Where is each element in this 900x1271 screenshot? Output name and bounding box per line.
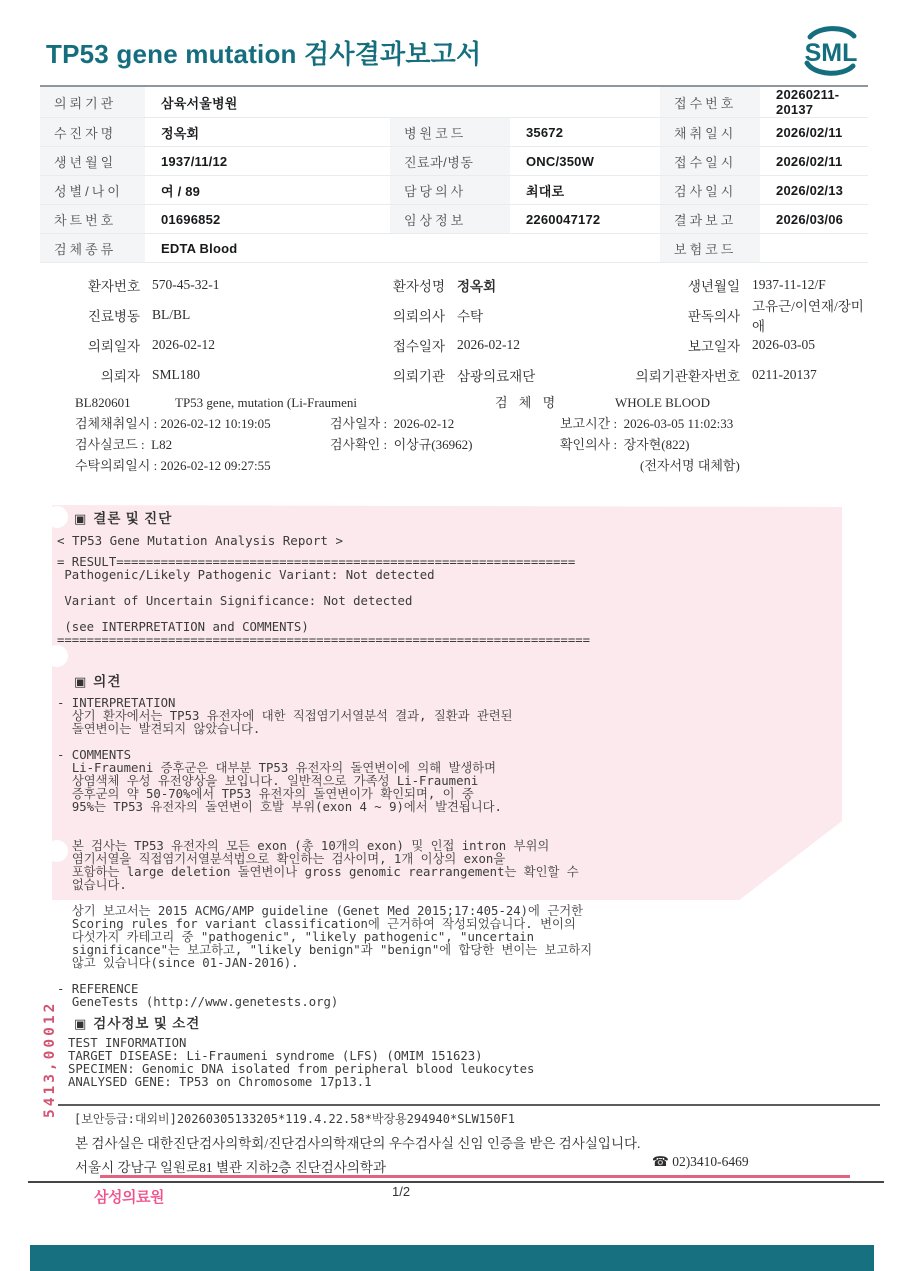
field-value: 최대로	[510, 176, 660, 205]
table-row: 수진자명 정옥회 병원코드 35672 채취일시 2026/02/11	[40, 118, 868, 147]
meta-cell: 검사일자 : 2026-02-12	[330, 413, 560, 434]
security-classification-line: [보안등급:대외비]20260305133205*119.4.22.58*박장용…	[74, 1110, 515, 1127]
result-body: = RESULT================================…	[57, 556, 677, 647]
side-serial-number: 5413,00012	[42, 1001, 58, 1118]
field-value: 수탁	[445, 305, 600, 325]
field-value: 삼광의료재단	[445, 365, 600, 385]
field-label: 접수일자	[345, 335, 445, 355]
report-page: TP53 gene mutation 검사결과보고서 SML 의뢰기관 삼육서울…	[0, 0, 900, 1271]
field-value: 정옥회	[445, 275, 600, 295]
field-label: 보고일자	[600, 335, 740, 355]
field-label: 의뢰일자	[40, 335, 140, 355]
field-label: 검체종류	[40, 234, 145, 263]
field-value: 고유근/이연재/장미애	[740, 295, 868, 335]
field-label: 검사일시	[660, 176, 760, 205]
meta-cell: 보고시간 : 2026-03-05 11:02:33	[560, 413, 733, 434]
opinion-section-heading: ▣의견	[74, 670, 121, 690]
punch-hole	[46, 506, 68, 528]
field-value: 2026/02/11	[760, 118, 868, 147]
punch-hole	[46, 645, 68, 667]
field-value: 1937/11/12	[145, 147, 390, 176]
field-label: 의뢰자	[40, 365, 140, 385]
meta-cell: 검사확인 : 이상규(36962)	[330, 434, 560, 455]
field-value: 2026-02-12	[445, 337, 600, 353]
test-code: BL820601	[75, 392, 175, 413]
test-info-heading-text: 검사정보 및 소견	[93, 1016, 200, 1031]
field-value: ONC/350W	[510, 147, 660, 176]
field-label: 수진자명	[40, 118, 145, 147]
test-meta-row: 검체채취일시 : 2026-02-12 10:19:05 검사일자 : 2026…	[75, 413, 865, 434]
field-value: 20260211-20137	[760, 86, 868, 118]
divider-line	[58, 1104, 880, 1106]
sml-logo: SML	[796, 22, 866, 85]
field-label: 보험코드	[660, 234, 760, 263]
patient-info-block: 환자번호 570-45-32-1 환자성명 정옥회 생년월일 1937-11-1…	[40, 270, 868, 390]
field-label: 의뢰기관	[345, 365, 445, 385]
specimen-value: WHOLE BLOOD	[615, 392, 710, 413]
field-label: 생년월일	[600, 275, 740, 295]
field-label: 차트번호	[40, 205, 145, 234]
test-info-body: TEST INFORMATION TARGET DISEASE: Li-Frau…	[68, 1037, 708, 1089]
sml-logo-text: SML	[805, 39, 858, 67]
test-meta-block: BL820601 TP53 gene, mutation (Li-Fraumen…	[75, 392, 865, 476]
field-value: 삼육서울병원	[145, 86, 660, 118]
test-meta-row: BL820601 TP53 gene, mutation (Li-Fraumen…	[75, 392, 865, 413]
meta-cell	[330, 455, 560, 476]
field-label: 임상정보	[390, 205, 510, 234]
hospital-brand: 삼성의료원	[94, 1186, 164, 1207]
result-section-heading: ▣결론 및 진단	[74, 507, 172, 527]
field-value: 2026-02-12	[140, 337, 345, 353]
field-value: 여 / 89	[145, 176, 390, 205]
section-square-icon: ▣	[74, 675, 87, 690]
opinion-heading-text: 의견	[93, 674, 121, 689]
meta-cell: 검사실코드 : L82	[75, 434, 330, 455]
meta-cell: 검체채취일시 : 2026-02-12 10:19:05	[75, 413, 330, 434]
field-value: EDTA Blood	[145, 234, 660, 263]
field-label: 판독의사	[600, 305, 740, 325]
meta-cell: 확인의사 : 장자현(822)	[560, 434, 689, 455]
table-row: 성별/나이 여 / 89 담당의사 최대로 검사일시 2026/02/13	[40, 176, 868, 205]
bottom-teal-bar	[30, 1245, 874, 1271]
field-label: 접수일시	[660, 147, 760, 176]
field-value: 570-45-32-1	[140, 277, 345, 293]
specimen-label: 검 체 명	[495, 392, 615, 413]
opinion-body: - INTERPRETATION 상기 환자에서는 TP53 유전자에 대한 직…	[57, 697, 697, 1009]
lab-phone: ☎ 02)3410-6469	[652, 1154, 749, 1170]
field-label: 진료병동	[40, 305, 140, 325]
electronic-signature-note: (전자서명 대체함)	[560, 455, 740, 476]
table-row: 생년월일 1937/11/12 진료과/병동 ONC/350W 접수일시 202…	[40, 147, 868, 176]
field-value: 2026/03/06	[760, 205, 868, 234]
test-name: TP53 gene, mutation (Li-Fraumeni	[175, 392, 495, 413]
footer-gray-rule	[28, 1181, 884, 1183]
table-row: 검체종류 EDTA Blood 보험코드	[40, 234, 868, 263]
field-value: 2026/02/11	[760, 147, 868, 176]
field-label: 성별/나이	[40, 176, 145, 205]
field-value: 정옥회	[145, 118, 390, 147]
field-label: 접수번호	[660, 86, 760, 118]
field-label: 의뢰기관환자번호	[600, 365, 740, 385]
field-value: BL/BL	[140, 307, 345, 323]
field-value: 1937-11-12/F	[740, 277, 868, 293]
field-label: 병원코드	[390, 118, 510, 147]
table-row: 차트번호 01696852 임상정보 2260047172 결과보고 2026/…	[40, 205, 868, 234]
field-label: 결과보고	[660, 205, 760, 234]
field-label: 진료과/병동	[390, 147, 510, 176]
page-number: 1/2	[392, 1184, 410, 1199]
analysis-report-title: < TP53 Gene Mutation Analysis Report >	[57, 533, 343, 548]
meta-cell: 수탁의뢰일시 : 2026-02-12 09:27:55	[75, 455, 330, 476]
field-label: 채취일시	[660, 118, 760, 147]
page-title: TP53 gene mutation 검사결과보고서	[46, 34, 481, 71]
sml-logo-icon: SML	[796, 22, 866, 80]
field-value: 2260047172	[510, 205, 660, 234]
test-meta-row: 검사실코드 : L82 검사확인 : 이상규(36962) 확인의사 : 장자현…	[75, 434, 865, 455]
field-label: 의뢰의사	[345, 305, 445, 325]
field-label: 환자성명	[345, 275, 445, 295]
test-meta-row: 수탁의뢰일시 : 2026-02-12 09:27:55 (전자서명 대체함)	[75, 455, 865, 476]
field-value: 01696852	[145, 205, 390, 234]
header-info-table: 의뢰기관 삼육서울병원 접수번호 20260211-20137 수진자명 정옥회…	[40, 85, 868, 263]
footer-pink-rule	[100, 1175, 850, 1178]
field-value: SML180	[140, 367, 345, 383]
field-label: 생년월일	[40, 147, 145, 176]
field-value: 0211-20137	[740, 367, 868, 383]
lab-address: 서울시 강남구 일원로81 별관 지하2층 진단검사의학과	[75, 1156, 386, 1176]
accreditation-statement: 본 검사실은 대한진단검사의학회/진단검사의학재단의 우수검사실 신임 인증을 …	[75, 1132, 640, 1152]
field-value: 35672	[510, 118, 660, 147]
field-value: 2026-03-05	[740, 337, 868, 353]
field-label: 담당의사	[390, 176, 510, 205]
test-info-section-heading: ▣검사정보 및 소견	[74, 1012, 200, 1032]
section-square-icon: ▣	[74, 512, 87, 527]
table-row: 의뢰기관 삼육서울병원 접수번호 20260211-20137	[40, 86, 868, 118]
result-heading-text: 결론 및 진단	[93, 511, 172, 526]
field-label: 의뢰기관	[40, 86, 145, 118]
section-square-icon: ▣	[74, 1017, 87, 1032]
field-label: 환자번호	[40, 275, 140, 295]
field-value	[760, 234, 868, 263]
field-value: 2026/02/13	[760, 176, 868, 205]
